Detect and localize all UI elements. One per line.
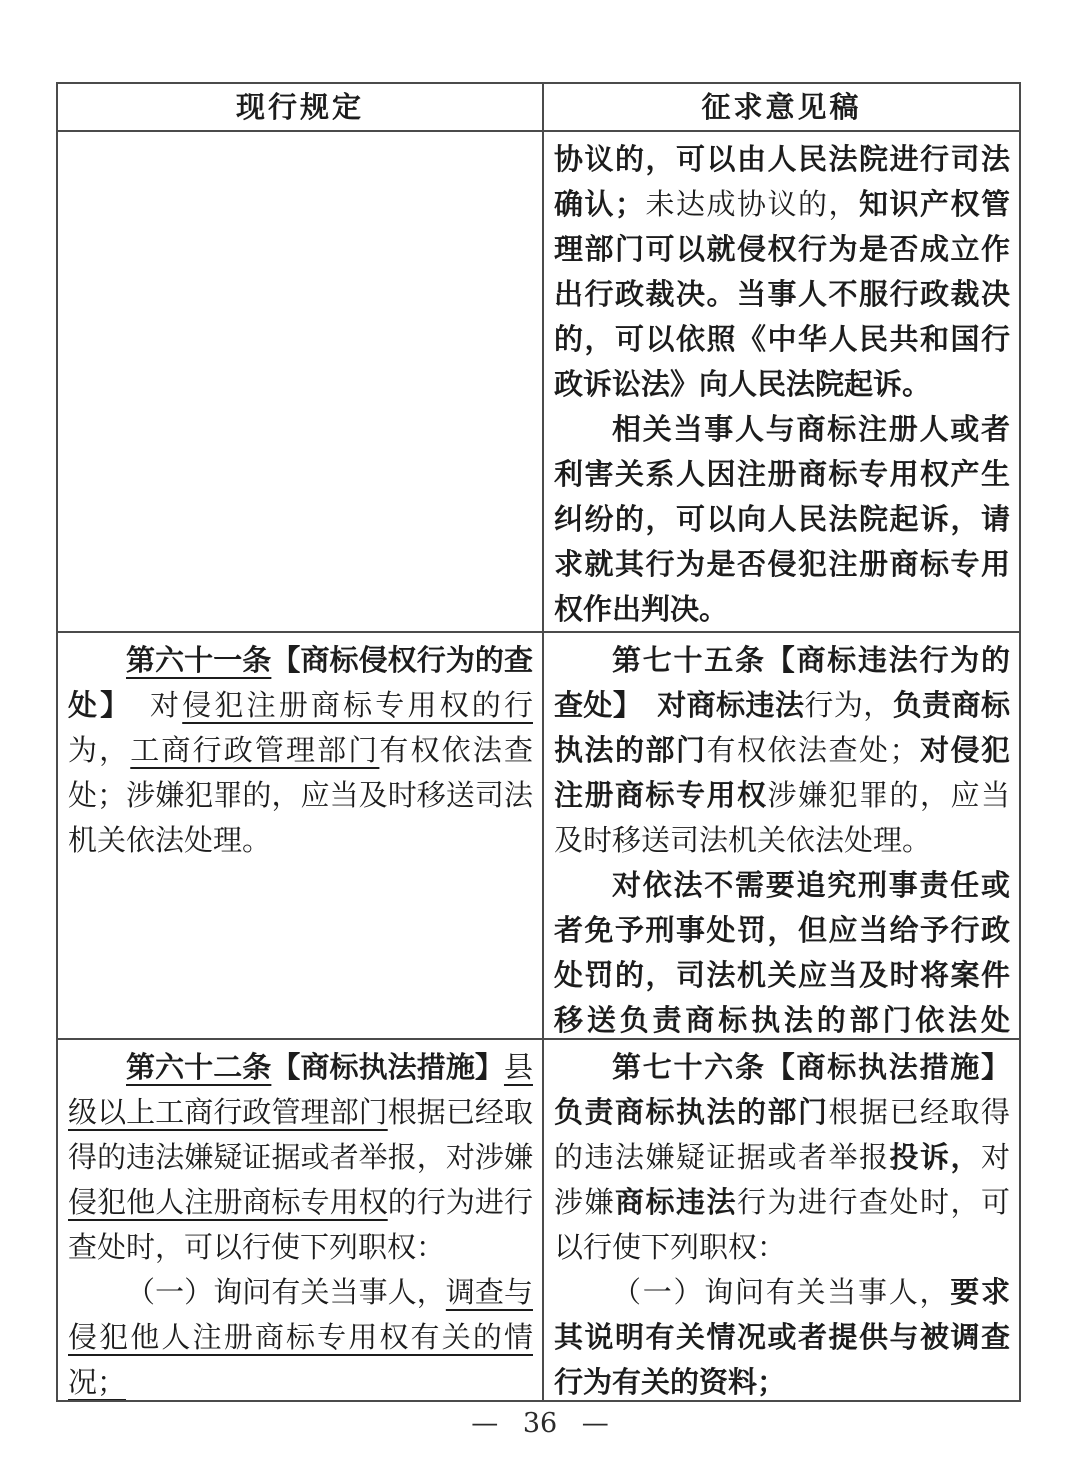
- text-run: 侵犯注册商标专用权的行: [182, 688, 533, 722]
- text-run: 对依法不需要追究刑事责任或者免予刑事处罚，但应当给予行政处罚的，司法机关应当及时…: [554, 868, 1010, 1038]
- text-run: 侵犯他人注册商标专用权: [68, 1185, 388, 1219]
- paragraph: 第七十六条【商标执法措施】负责商标执法的部门根据已经取得的违法嫌疑证据或者举报投…: [554, 1045, 1010, 1270]
- text-run: 投诉，: [889, 1140, 981, 1174]
- text-run: [628, 688, 657, 722]
- text-run: 【商标执法措施】: [271, 1050, 504, 1084]
- cell-draft-row-3: 第七十六条【商标执法措施】负责商标执法的部门根据已经取得的违法嫌疑证据或者举报投…: [542, 1038, 1019, 1400]
- text-run: 对商标违法: [657, 688, 804, 722]
- text-run: 商标违法: [615, 1185, 737, 1219]
- paragraph: 对依法不需要追究刑事责任或者免予刑事处罚，但应当给予行政处罚的，司法机关应当及时…: [554, 863, 1010, 1038]
- text-run: 行为，: [804, 688, 892, 722]
- paragraph: 第六十二条【商标执法措施】县级以上工商行政管理部门根据已经取得的违法嫌疑证据或者…: [68, 1045, 533, 1270]
- paragraph: 协议的，可以由人民法院进行司法确认；未达成协议的，知识产权管理部门可以就侵权行为…: [554, 137, 1010, 407]
- header-cell-draft: 征求意见稿: [542, 84, 1019, 130]
- cell-draft-row-2: 第七十五条【商标违法行为的查处】 对商标违法行为，负责商标执法的部门有权依法查处…: [542, 631, 1019, 1038]
- text-run: 有权依法查处；: [706, 733, 918, 767]
- text-run: 相关当事人与商标注册人或者利害关系人因注册商标专用权产生纠纷的，可以向人民法院起…: [554, 412, 1010, 626]
- header-cell-current: 现行规定: [58, 84, 542, 130]
- cell-current-row-2: 第六十一条【商标侵权行为的查处】 对侵犯注册商标专用权的行为，工商行政管理部门有…: [58, 631, 542, 1038]
- text-run: 对: [118, 688, 182, 722]
- text-run: （一）询问有关当事人，: [126, 1275, 446, 1309]
- page-number: — 36 —: [0, 1408, 1080, 1439]
- paragraph: 第七十五条【商标违法行为的查处】 对商标违法行为，负责商标执法的部门有权依法查处…: [554, 638, 1010, 863]
- text-run: 为，: [68, 733, 130, 767]
- cell-draft-row-1: 协议的，可以由人民法院进行司法确认；未达成协议的，知识产权管理部门可以就侵权行为…: [542, 130, 1019, 631]
- text-run: 工商行政管理部门: [130, 733, 379, 767]
- text-run: 第六十二条: [126, 1050, 271, 1084]
- paragraph: （一）询问有关当事人，要求其说明有关情况或者提供与被调查行为有关的资料；: [554, 1270, 1010, 1400]
- cell-current-row-1: [58, 130, 542, 631]
- paragraph: 第六十一条【商标侵权行为的查处】 对侵犯注册商标专用权的行为，工商行政管理部门有…: [68, 638, 533, 863]
- cell-current-row-3: 第六十二条【商标执法措施】县级以上工商行政管理部门根据已经取得的违法嫌疑证据或者…: [58, 1038, 542, 1400]
- paragraph: （一）询问有关当事人，调查与侵犯他人注册商标专用权有关的情况；: [68, 1270, 533, 1400]
- text-run: 未达成协议的，: [644, 187, 859, 221]
- paragraph: 相关当事人与商标注册人或者利害关系人因注册商标专用权产生纠纷的，可以向人民法院起…: [554, 407, 1010, 631]
- text-run: （一）询问有关当事人，: [612, 1275, 950, 1309]
- text-run: 第六十一条: [126, 643, 271, 677]
- comparison-table: 现行规定 征求意见稿 协议的，可以由人民法院进行司法确认；未达成协议的，知识产权…: [56, 82, 1021, 1402]
